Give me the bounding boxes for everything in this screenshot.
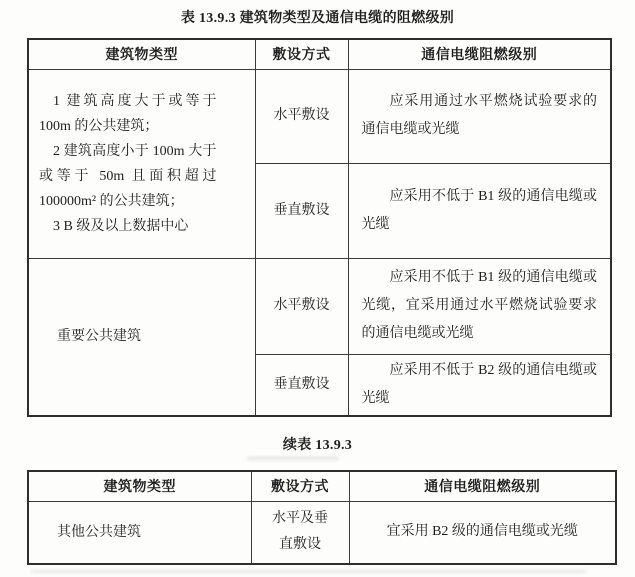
document-page: 表 13.9.3 建筑物类型及通信电缆的阻燃级别 建筑物类型 敷设方式 通信电缆…	[0, 0, 635, 577]
table-caption: 表 13.9.3 建筑物类型及通信电缆的阻燃级别	[0, 7, 635, 27]
cell-flame-grade: 应采用不低于 B2 级的通信电缆或光缆	[348, 354, 611, 416]
header-laying-method: 敷设方式	[251, 471, 349, 501]
flame-retardant-table-continued: 建筑物类型 敷设方式 通信电缆阻燃级别 其他公共建筑 水平及垂直敷设 宜采用 B…	[27, 470, 617, 565]
scan-artifact	[247, 457, 339, 460]
cell-laying-method-vertical: 垂直敷设	[255, 163, 348, 258]
cell-flame-grade: 宜采用 B2 级的通信电缆或光缆	[349, 501, 616, 564]
scan-artifact	[31, 570, 586, 573]
building-type-item-2: 2 建筑高度小于 100m 大于或等于 50m 且面积超过 100000m² 的…	[39, 139, 217, 214]
header-building-type: 建筑物类型	[28, 39, 255, 69]
cell-flame-grade: 应采用不低于 B1 级的通信电缆或光缆，宜采用通过水平燃烧试验要求的通信电缆或光…	[348, 258, 611, 354]
header-flame-grade: 通信电缆阻燃级别	[348, 39, 611, 69]
cell-laying-method-vertical: 垂直敷设	[255, 354, 348, 416]
cell-building-type-other: 其他公共建筑	[28, 501, 251, 564]
table-header-row: 建筑物类型 敷设方式 通信电缆阻燃级别	[28, 471, 616, 501]
cell-laying-method-horizontal: 水平敷设	[255, 258, 348, 354]
building-type-item-1: 1 建筑高度大于或等于 100m 的公共建筑；	[39, 89, 217, 139]
table-row: 1 建筑高度大于或等于 100m 的公共建筑； 2 建筑高度小于 100m 大于…	[28, 69, 611, 163]
flame-retardant-table: 建筑物类型 敷设方式 通信电缆阻燃级别 1 建筑高度大于或等于 100m 的公共…	[27, 38, 612, 417]
header-flame-grade: 通信电缆阻燃级别	[349, 471, 616, 501]
header-laying-method: 敷设方式	[255, 39, 348, 69]
table-row: 其他公共建筑 水平及垂直敷设 宜采用 B2 级的通信电缆或光缆	[28, 501, 616, 564]
cell-laying-method-horizontal: 水平敷设	[255, 69, 348, 163]
cell-flame-grade: 应采用通过水平燃烧试验要求的通信电缆或光缆	[348, 69, 611, 163]
cell-laying-method-both: 水平及垂直敷设	[251, 501, 349, 564]
table-row: 重要公共建筑 水平敷设 应采用不低于 B1 级的通信电缆或光缆，宜采用通过水平燃…	[28, 258, 611, 354]
cell-building-type-group1: 1 建筑高度大于或等于 100m 的公共建筑； 2 建筑高度小于 100m 大于…	[28, 69, 255, 258]
continuation-table-caption: 续表 13.9.3	[0, 434, 635, 454]
table-header-row: 建筑物类型 敷设方式 通信电缆阻燃级别	[28, 39, 611, 69]
building-type-item-3: 3 B 级及以上数据中心	[39, 214, 217, 239]
cell-flame-grade: 应采用不低于 B1 级的通信电缆或光缆	[348, 163, 611, 258]
cell-building-type-group2: 重要公共建筑	[28, 258, 255, 416]
header-building-type: 建筑物类型	[28, 471, 251, 501]
